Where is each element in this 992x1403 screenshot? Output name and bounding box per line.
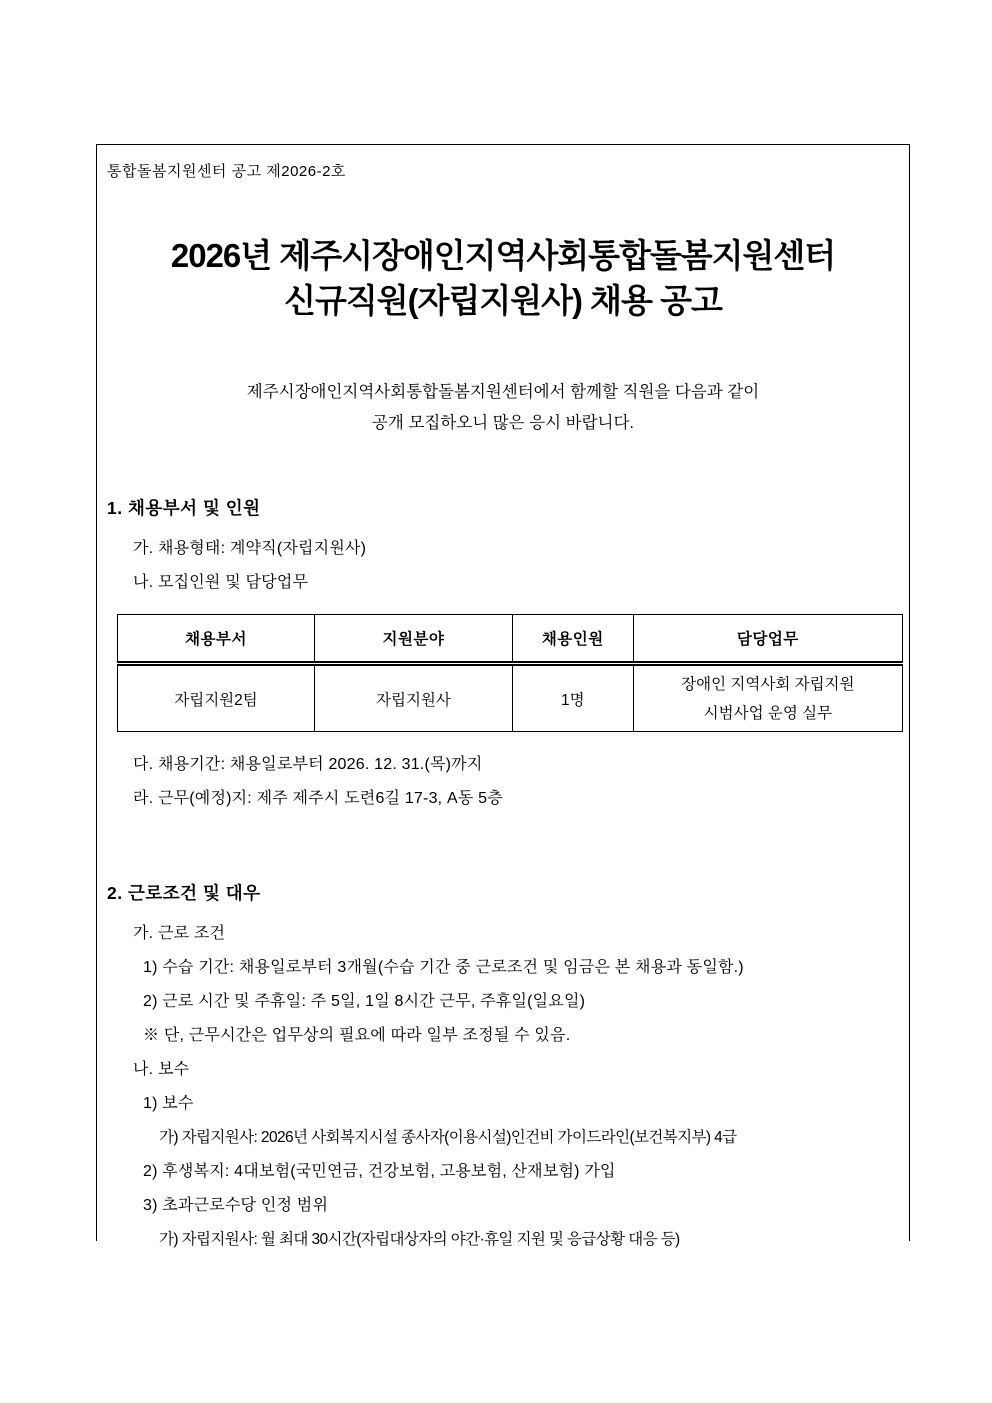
section-2-heading: 2. 근로조건 및 대우: [107, 880, 899, 905]
cell-count: 1명: [512, 664, 633, 732]
document-page: 통합돌봄지원센터 공고 제2026-2호 2026년 제주시장애인지역사회통합돌…: [0, 0, 992, 1403]
list-item: ※ 단, 근무시간은 업무상의 필요에 따라 일부 조정될 수 있음.: [107, 1019, 899, 1053]
cell-field: 자립지원사: [315, 664, 513, 732]
list-item: 2) 근로 시간 및 주휴일: 주 5일, 1일 8시간 근무, 주휴일(일요일…: [107, 985, 899, 1019]
page-title: 2026년 제주시장애인지역사회통합돌봄지원센터 신규직원(자립지원사) 채용 …: [107, 233, 899, 323]
cell-duty: 장애인 지역사회 자립지원 시범사업 운영 실무: [633, 664, 902, 732]
list-item: 나. 보수: [107, 1053, 899, 1087]
page-border-frame: 통합돌봄지원센터 공고 제2026-2호 2026년 제주시장애인지역사회통합돌…: [96, 144, 910, 1241]
list-item: 1) 수습 기간: 채용일로부터 3개월(수습 기간 중 근로조건 및 임금은 …: [107, 951, 899, 985]
section1-item-na: 나. 모집인원 및 담당업무: [107, 566, 899, 600]
list-item: 가) 자립지원사: 월 최대 30시간(자립대상자의 야간·휴일 지원 및 응급…: [107, 1223, 899, 1257]
table-header-row: 채용부서 지원분야 채용인원 담당업무: [118, 615, 903, 664]
list-item: 가. 근로 조건: [107, 917, 899, 951]
header-dept: 채용부서: [118, 615, 315, 664]
section1-item-ra: 라. 근무(예정)지: 제주 제주시 도련6길 17-3, A동 5층: [107, 782, 899, 816]
intro-line-2: 공개 모집하오니 많은 응시 바랍니다.: [107, 408, 899, 439]
recruitment-table: 채용부서 지원분야 채용인원 담당업무 자립지원2팀 자립지원사 1명 장애인 …: [117, 614, 903, 732]
title-line-1: 2026년 제주시장애인지역사회통합돌봄지원센터: [107, 233, 899, 278]
list-item: 1) 보수: [107, 1087, 899, 1121]
header-count: 채용인원: [512, 615, 633, 664]
intro-paragraph: 제주시장애인지역사회통합돌봄지원센터에서 함께할 직원을 다음과 같이 공개 모…: [107, 377, 899, 439]
cell-dept: 자립지원2팀: [118, 664, 315, 732]
duty-line-1: 장애인 지역사회 자립지원: [634, 670, 902, 699]
list-item: 2) 후생복지: 4대보험(국민연금, 건강보험, 고용보험, 산재보험) 가입: [107, 1155, 899, 1189]
duty-line-2: 시범사업 운영 실무: [634, 699, 902, 728]
header-field: 지원분야: [315, 615, 513, 664]
list-item: 3) 초과근로수당 인정 범위: [107, 1189, 899, 1223]
table-row: 자립지원2팀 자립지원사 1명 장애인 지역사회 자립지원 시범사업 운영 실무: [118, 664, 903, 732]
section1-item-ga: 가. 채용형태: 계약직(자립지원사): [107, 532, 899, 566]
header-duty: 담당업무: [633, 615, 902, 664]
title-line-2: 신규직원(자립지원사) 채용 공고: [107, 278, 899, 323]
intro-line-1: 제주시장애인지역사회통합돌봄지원센터에서 함께할 직원을 다음과 같이: [107, 377, 899, 408]
section1-item-da: 다. 채용기간: 채용일로부터 2026. 12. 31.(목)까지: [107, 748, 899, 782]
document-number: 통합돌봄지원센터 공고 제2026-2호: [107, 145, 899, 181]
section-1-heading: 1. 채용부서 및 인원: [107, 495, 899, 520]
list-item: 가) 자립지원사: 2026년 사회복지시설 종사자(이용시설)인건비 가이드라…: [107, 1121, 899, 1155]
